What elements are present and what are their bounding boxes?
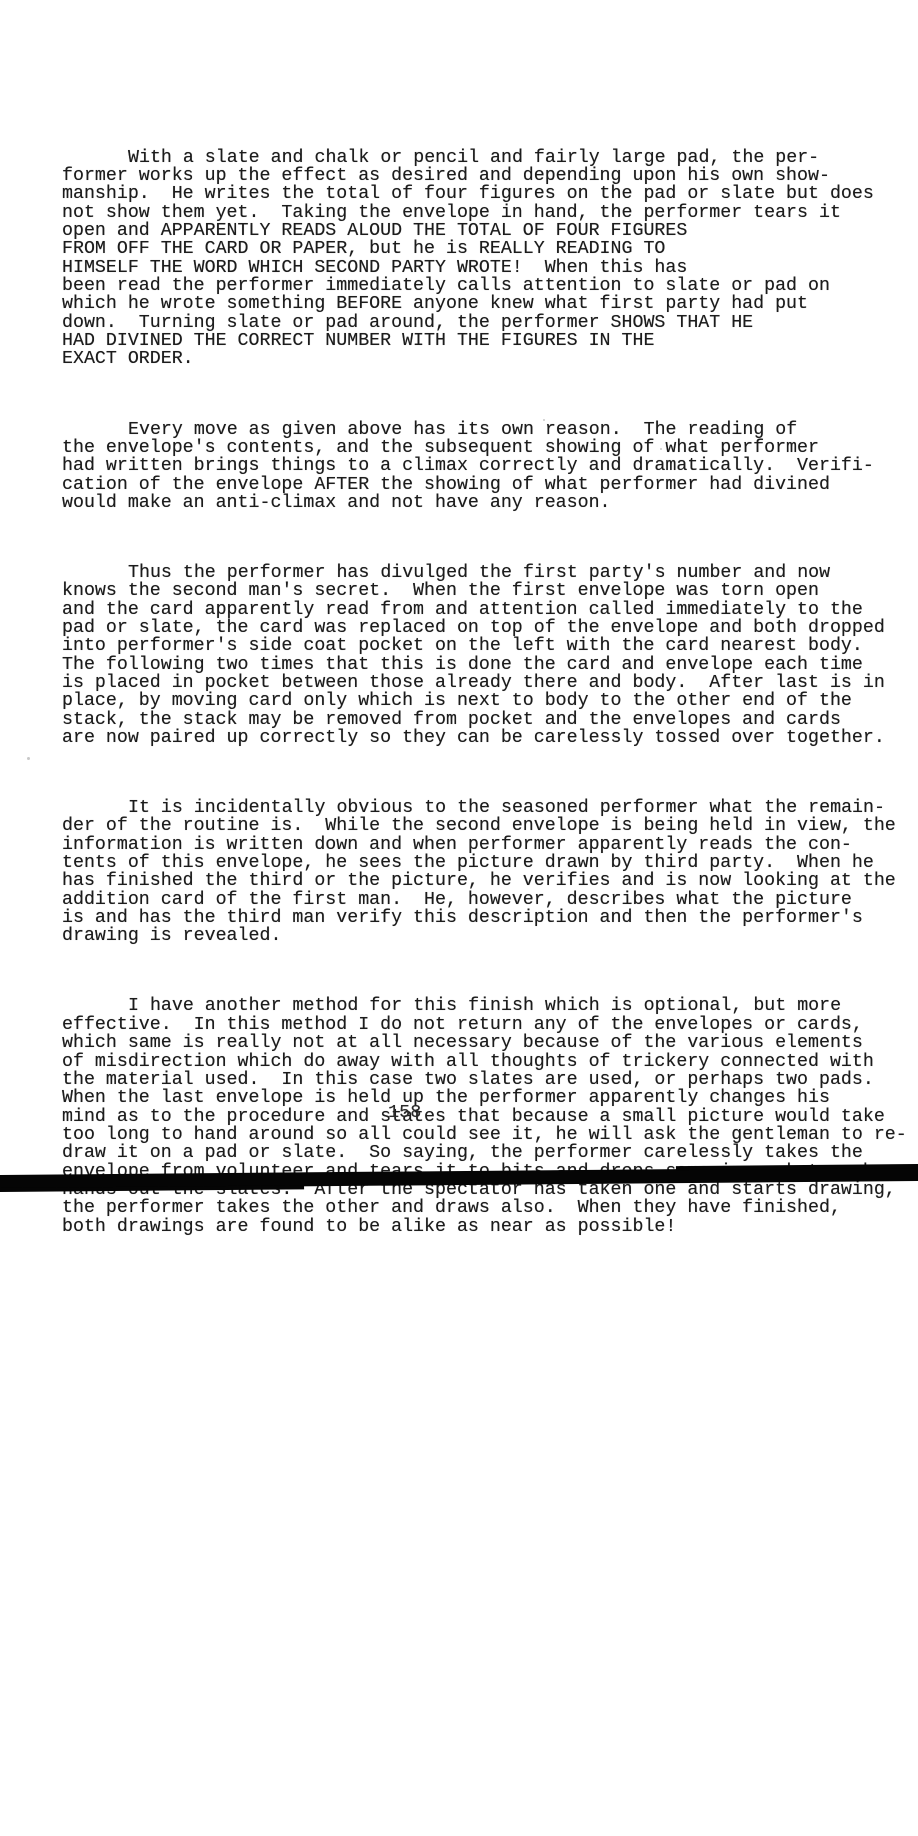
text-line: manship. He writes the total of four fig…: [62, 185, 872, 203]
text-line: draw it on a pad or slate. So saying, th…: [62, 1144, 872, 1162]
text-line: knows the second man's secret. When the …: [62, 582, 872, 600]
text-line: tents of this envelope, he sees the pict…: [62, 854, 872, 872]
text-line: the envelope's contents, and the subsequ…: [62, 439, 872, 457]
paragraph-2: Every move as given above has its own re…: [62, 421, 872, 513]
text-line: which he wrote something BEFORE anyone k…: [62, 295, 872, 313]
text-line: stack, the stack may be removed from poc…: [62, 711, 872, 729]
text-line: mind as to the procedure and states that…: [62, 1108, 872, 1126]
text-line: is placed in pocket between those alread…: [62, 674, 872, 692]
text-line: had written brings things to a climax co…: [62, 457, 872, 475]
scan-speck: [27, 757, 30, 760]
text-line: been read the performer immediately call…: [62, 277, 872, 295]
text-line: Every move as given above has its own re…: [62, 421, 872, 439]
text-line: not show them yet. Taking the envelope i…: [62, 204, 872, 222]
scan-speck: [552, 1044, 554, 1046]
text-line: of misdirection which do away with all t…: [62, 1053, 872, 1071]
paragraph-1: With a slate and chalk or pencil and fai…: [62, 149, 872, 369]
text-line: I have another method for this finish wh…: [62, 997, 872, 1015]
text-line: open and APPARENTLY READS ALOUD THE TOTA…: [62, 222, 872, 240]
paragraph-3: Thus the performer has divulged the firs…: [62, 564, 872, 747]
paragraph-4: It is incidentally obvious to the season…: [62, 799, 872, 946]
text-line: are now paired up correctly so they can …: [62, 729, 872, 747]
paragraph-5: I have another method for this finish wh…: [62, 997, 872, 1235]
text-line: the material used. In this case two slat…: [62, 1071, 872, 1089]
text-line: effective. In this method I do not retur…: [62, 1016, 872, 1034]
text-line: The following two times that this is don…: [62, 656, 872, 674]
text-line: information is written down and when per…: [62, 836, 872, 854]
text-line: pad or slate, the card was replaced on t…: [62, 619, 872, 637]
text-line: drawing is revealed.: [62, 927, 872, 945]
text-line: down. Turning slate or pad around, the p…: [62, 314, 872, 332]
scanned-book-page: With a slate and chalk or pencil and fai…: [0, 0, 918, 1836]
text-line: both drawings are found to be alike as n…: [62, 1218, 872, 1236]
text-line: Thus the performer has divulged the firs…: [62, 564, 872, 582]
text-line: addition card of the first man. He, howe…: [62, 891, 872, 909]
text-line: EXACT ORDER.: [62, 350, 872, 368]
text-line: which same is really not at all necessar…: [62, 1034, 872, 1052]
text-line: too long to hand around so all could see…: [62, 1126, 872, 1144]
text-line: HIMSELF THE WORD WHICH SECOND PARTY WROT…: [62, 259, 872, 277]
text-line: With a slate and chalk or pencil and fai…: [62, 149, 872, 167]
page-body-text: With a slate and chalk or pencil and fai…: [62, 112, 872, 1288]
scan-speck: [543, 419, 545, 421]
text-line: has finished the third or the picture, h…: [62, 872, 872, 890]
text-line: former works up the effect as desired an…: [62, 167, 872, 185]
text-line: into performer's side coat pocket on the…: [62, 637, 872, 655]
text-line: is and has the third man verify this des…: [62, 909, 872, 927]
text-line: HAD DIVINED THE CORRECT NUMBER WITH THE …: [62, 332, 872, 350]
text-line: When the last envelope is held up the pe…: [62, 1089, 872, 1107]
text-line: It is incidentally obvious to the season…: [62, 799, 872, 817]
text-line: the performer takes the other and draws …: [62, 1199, 872, 1217]
text-line: der of the routine is. While the second …: [62, 817, 872, 835]
scan-speck: [660, 448, 662, 450]
text-line: place, by moving card only which is next…: [62, 692, 872, 710]
text-line: cation of the envelope AFTER the showing…: [62, 476, 872, 494]
text-line: FROM OFF THE CARD OR PAPER, but he is RE…: [62, 240, 872, 258]
page-number: 158: [388, 1102, 421, 1123]
text-line: would make an anti-climax and not have a…: [62, 494, 872, 512]
text-line: and the card apparently read from and at…: [62, 601, 872, 619]
